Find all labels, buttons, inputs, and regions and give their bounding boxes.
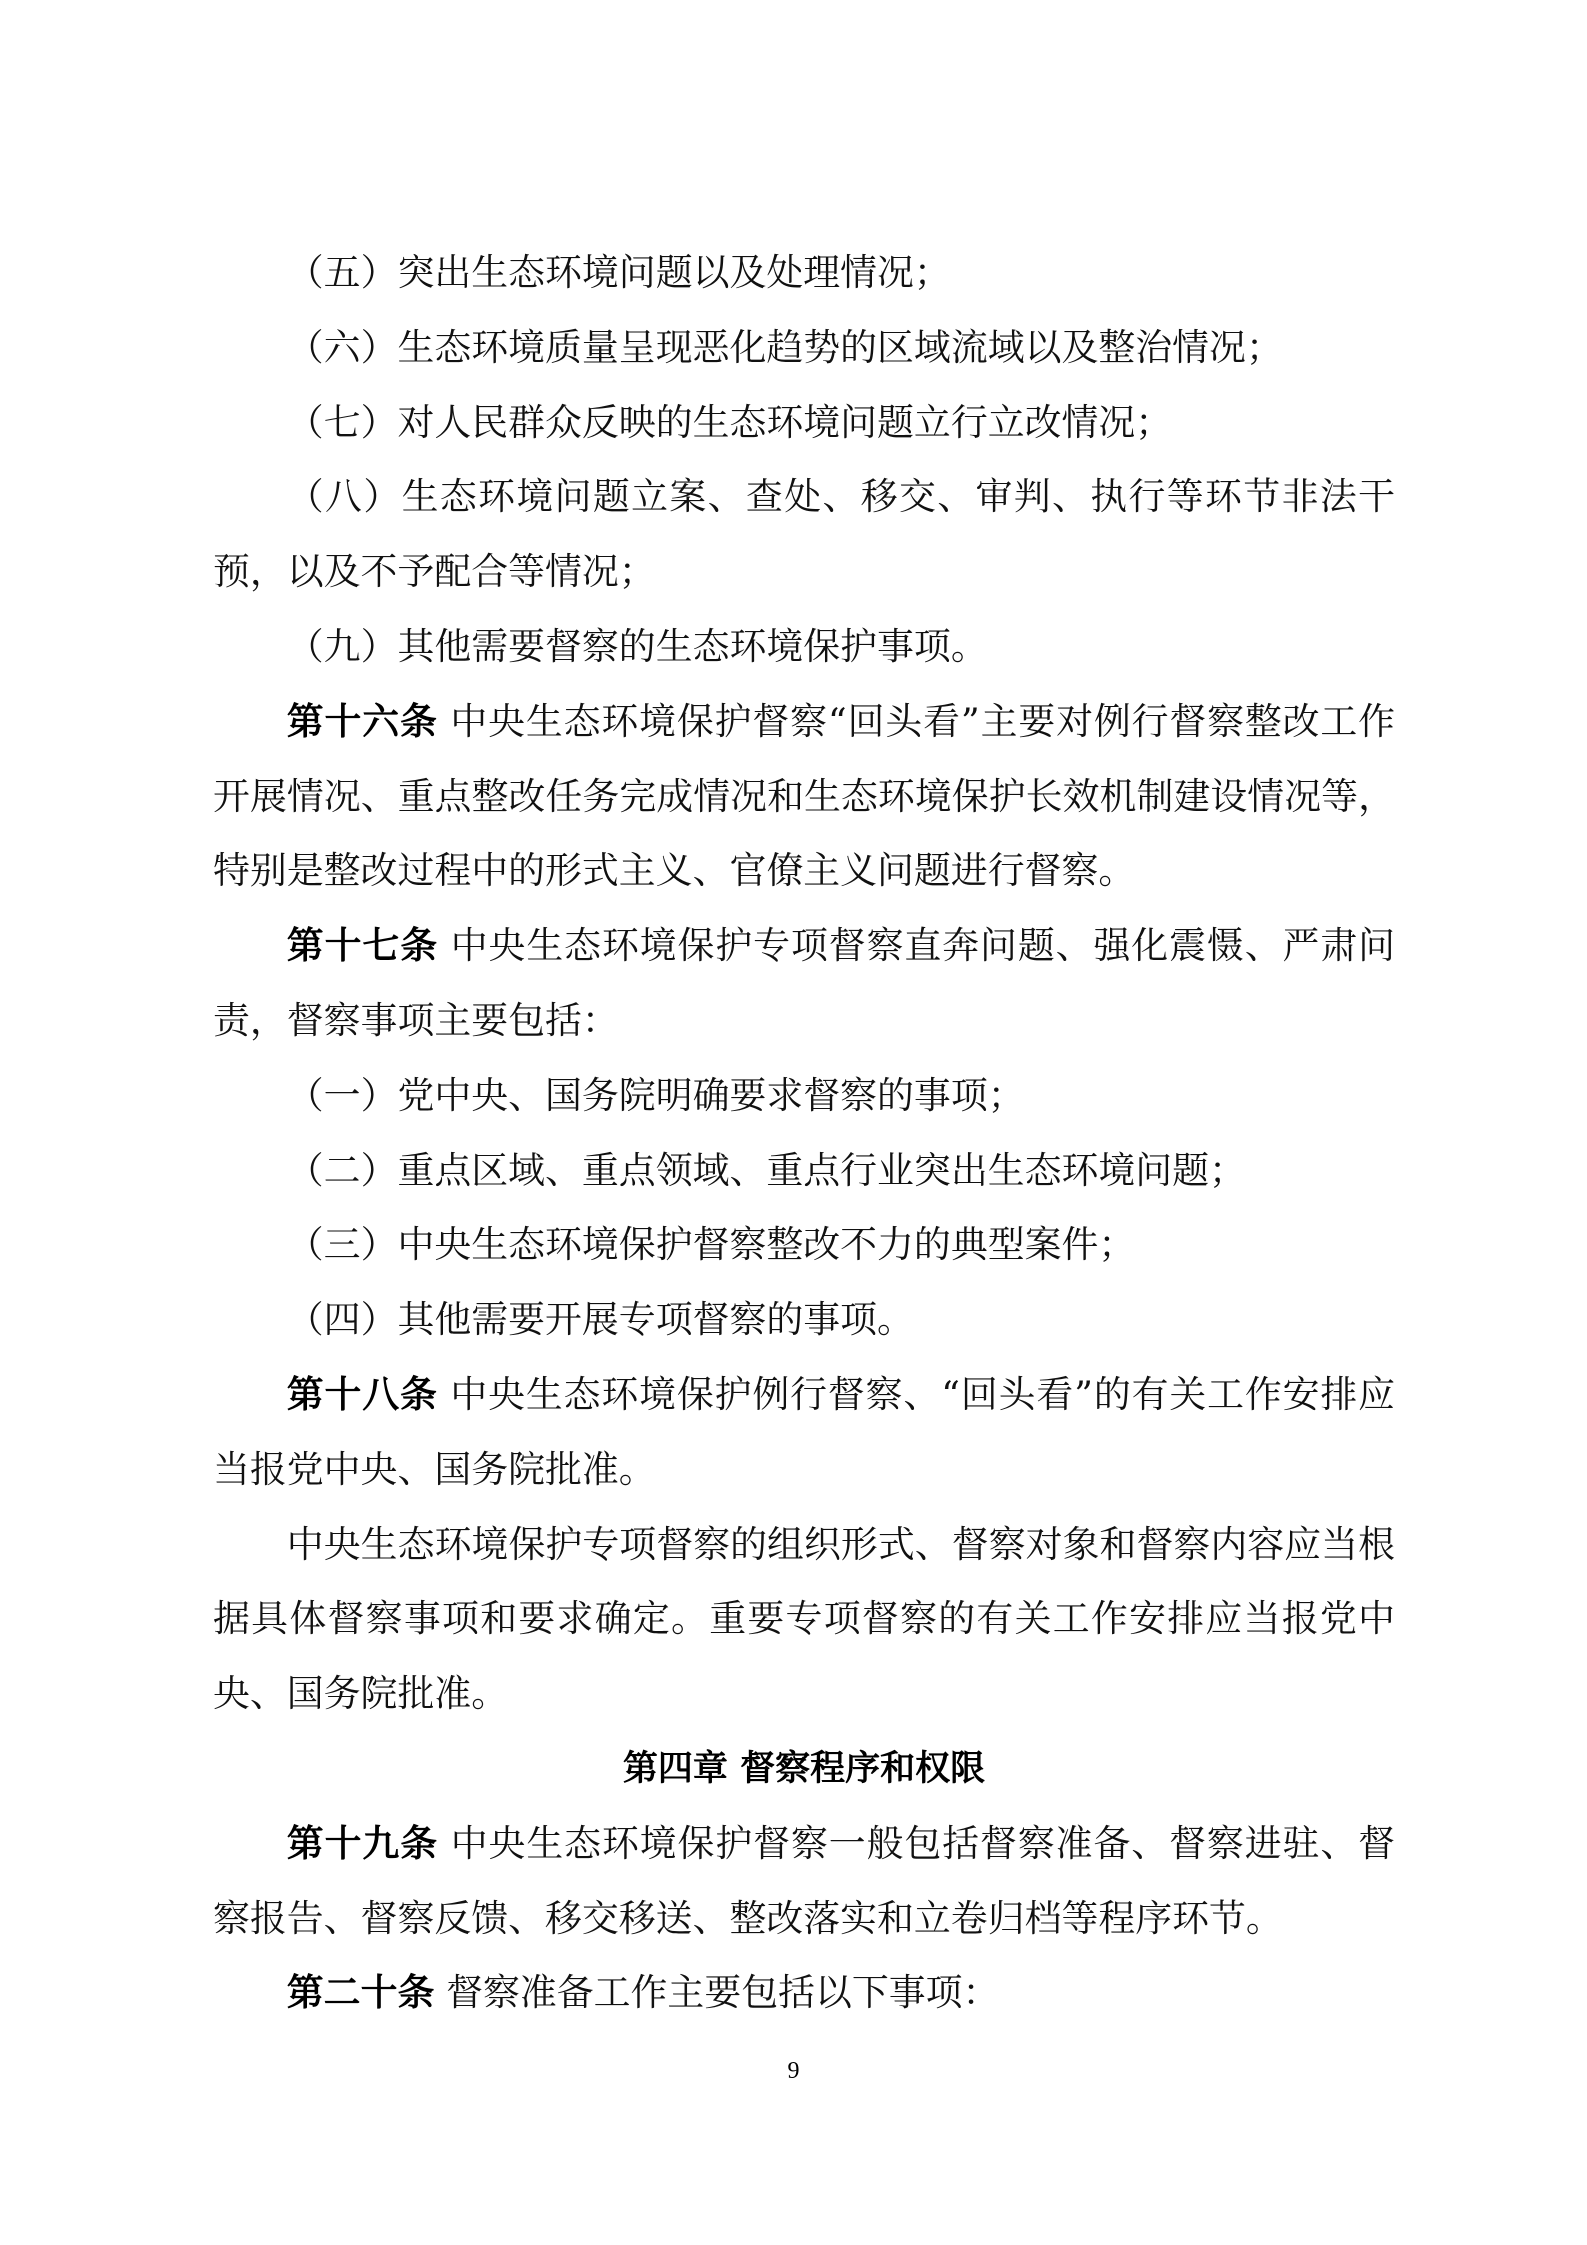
article-18-paragraph-2: 中央生态环境保护专项督察的组织形式、督察对象和督察内容应当根据具体督察事项和要求… [213, 1508, 1395, 1732]
article-18: 第十八条 中央生态环境保护例行督察、“回头看”的有关工作安排应当报党中央、国务院… [213, 1358, 1395, 1508]
chapter-heading: 第四章 督察程序和权限 [213, 1732, 1395, 1807]
list-item: （七）对人民群众反映的生态环境问题立行立改情况； [213, 386, 1395, 461]
article-20: 第二十条 督察准备工作主要包括以下事项： [213, 1956, 1395, 2031]
article-text: 督察准备工作主要包括以下事项： [446, 1971, 999, 2014]
article-16: 第十六条 中央生态环境保护督察“回头看”主要对例行督察整改工作开展情况、重点整改… [213, 685, 1395, 909]
article-label: 第十七条 [287, 924, 438, 967]
article-label: 第十八条 [287, 1373, 438, 1416]
page-number: 9 [0, 2058, 1587, 2085]
article-label: 第二十条 [287, 1971, 435, 2014]
list-item: （三）中央生态环境保护督察整改不力的典型案件； [213, 1208, 1395, 1283]
list-item: （四）其他需要开展专项督察的事项。 [213, 1283, 1395, 1358]
list-item: （六）生态环境质量呈现恶化趋势的区域流域以及整治情况； [213, 311, 1395, 386]
list-item: （二）重点区域、重点领域、重点行业突出生态环境问题； [213, 1134, 1395, 1209]
list-item: （九）其他需要督察的生态环境保护事项。 [213, 610, 1395, 685]
document-body: （五）突出生态环境问题以及处理情况； （六）生态环境质量呈现恶化趋势的区域流域以… [213, 236, 1395, 2031]
list-item: （一）党中央、国务院明确要求督察的事项； [213, 1059, 1395, 1134]
article-label: 第十九条 [287, 1822, 438, 1865]
article-17: 第十七条 中央生态环境保护专项督察直奔问题、强化震慑、严肃问责，督察事项主要包括… [213, 909, 1395, 1059]
list-item: （八）生态环境问题立案、查处、移交、审判、执行等环节非法干预，以及不予配合等情况… [213, 460, 1395, 610]
article-label: 第十六条 [287, 700, 438, 743]
list-item: （五）突出生态环境问题以及处理情况； [213, 236, 1395, 311]
article-19: 第十九条 中央生态环境保护督察一般包括督察准备、督察进驻、督察报告、督察反馈、移… [213, 1807, 1395, 1957]
